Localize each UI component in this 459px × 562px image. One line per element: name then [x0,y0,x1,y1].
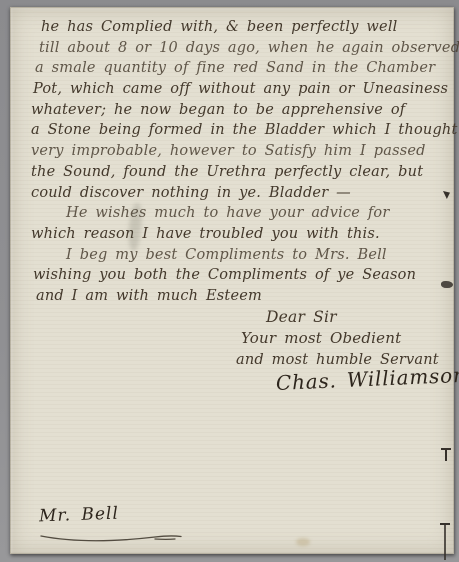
letter-body: he has Complied with, & been perfectly w… [31,17,445,394]
letter-line: I beg my best Compliments to Mrs. Bell [31,245,445,266]
closing-valediction-1: Your most Obedient [241,328,445,350]
letter-line: the Sound, found the Urethra perfectly c… [31,162,445,183]
docket-addressee: Mr. Bell [39,504,120,527]
letter-line: and I am with much Esteem [31,286,445,307]
photo-background: he has Complied with, & been perfectly w… [0,0,459,562]
edge-ink-mark [441,448,451,450]
letter-line: till about 8 or 10 days ago, when he aga… [31,38,445,59]
letter-line: very improbable, however to Satisfy him … [31,141,445,162]
edge-ink-blot [441,281,453,288]
letter-line: he has Complied with, & been perfectly w… [31,17,445,38]
letter-line: a smale quantity of fine red Sand in the… [31,58,445,79]
letter-page: he has Complied with, & been perfectly w… [10,7,454,554]
letter-line: whatever; he now began to be apprehensiv… [31,100,445,121]
letter-line: could discover nothing in ye. Bladder — [31,183,445,204]
letter-line: He wishes much to have your advice for [31,203,445,224]
letter-line: which reason I have troubled you with th… [31,224,445,245]
closing-salutation: Dear Sir [266,307,445,329]
letter-line: a Stone being formed in the Bladder whic… [31,120,445,141]
edge-ink-mark [440,523,450,525]
letter-line: Pot, which came off without any pain or … [31,79,445,100]
docket-underline-flourish [37,529,187,545]
letter-line: wishing you both the Compliments of ye S… [31,265,445,286]
paper-stain [296,538,310,546]
signature: Chas. Williamson [276,366,446,394]
